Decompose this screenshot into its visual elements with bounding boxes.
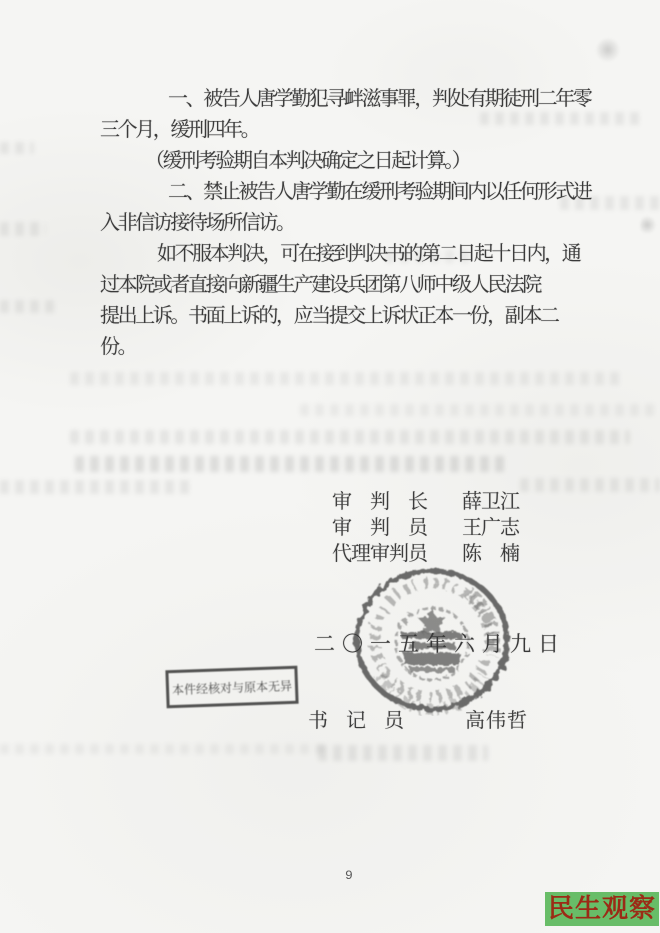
signature-row: 审 判 长 薛卫江: [332, 489, 519, 515]
bleed-through-ghost: [318, 745, 488, 761]
body-line: 入非信访接待场所信访。: [100, 208, 600, 239]
body-line: 一、被告人唐学勤犯寻衅滋事罪，判处有期徒刑二年零: [100, 84, 600, 115]
bleed-through-ghost: [0, 222, 46, 236]
page-number: 9: [345, 868, 353, 883]
bleed-through-ghost: [0, 300, 60, 313]
body-line: （缓刑考验期自本判决确定之日起计算。）: [100, 146, 600, 177]
bleed-through-ghost: [0, 480, 190, 494]
body-line: 过本院或者直接向新疆生产建设兵团第八师中级人民法院: [100, 270, 600, 301]
bleed-through-ghost: [75, 456, 505, 472]
body-line: 三个月，缓刑四年。: [100, 115, 600, 146]
bleed-through-ghost: [300, 404, 660, 416]
judgment-body: 一、被告人唐学勤犯寻衅滋事罪，判处有期徒刑二年零 三个月，缓刑四年。 （缓刑考验…: [100, 84, 600, 363]
clerk-row: 书 记 员 高伟哲: [308, 708, 528, 734]
bleed-through-ghost: [0, 142, 34, 154]
bleed-through-ghost: [0, 744, 330, 754]
bleed-through-ghost: [520, 478, 660, 492]
body-line: 二、禁止被告人唐学勤在缓刑考验期间内以任何形式进: [100, 177, 600, 208]
signature-row: 审 判 员 王广志: [332, 515, 519, 541]
bleed-through-ghost: [70, 372, 620, 385]
watermark-badge: 民生观察: [545, 892, 659, 926]
body-line: 份。: [100, 332, 600, 363]
signature-name: 王广志: [462, 515, 519, 541]
clerk-name: 高伟哲: [465, 708, 528, 734]
verification-stamp: 本件经核对与原本无异: [165, 666, 298, 709]
signature-role: 审 判 长: [332, 489, 462, 515]
verification-stamp-text: 本件经核对与原本无异: [172, 676, 293, 697]
scanned-judgment-page: 一、被告人唐学勤犯寻衅滋事罪，判处有期徒刑二年零 三个月，缓刑四年。 （缓刑考验…: [0, 0, 660, 933]
body-line: 提出上诉。书面上诉的，应当提交上诉状正本一份，副本二: [100, 301, 600, 332]
signature-name: 薛卫江: [462, 489, 519, 515]
judgment-date: 二〇一五年六月九日: [314, 628, 566, 658]
scan-noise-speck: [596, 38, 622, 64]
bleed-through-ghost: [70, 430, 630, 444]
scan-noise-speck: [640, 215, 656, 237]
signature-block: 审 判 长 薛卫江 审 判 员 王广志 代理审判员 陈 楠: [332, 489, 519, 567]
clerk-role: 书 记 员: [308, 708, 465, 734]
body-line: 如不服本判决，可在接到判决书的第二日起十日内，通: [100, 239, 600, 270]
signature-role: 审 判 员: [332, 515, 462, 541]
